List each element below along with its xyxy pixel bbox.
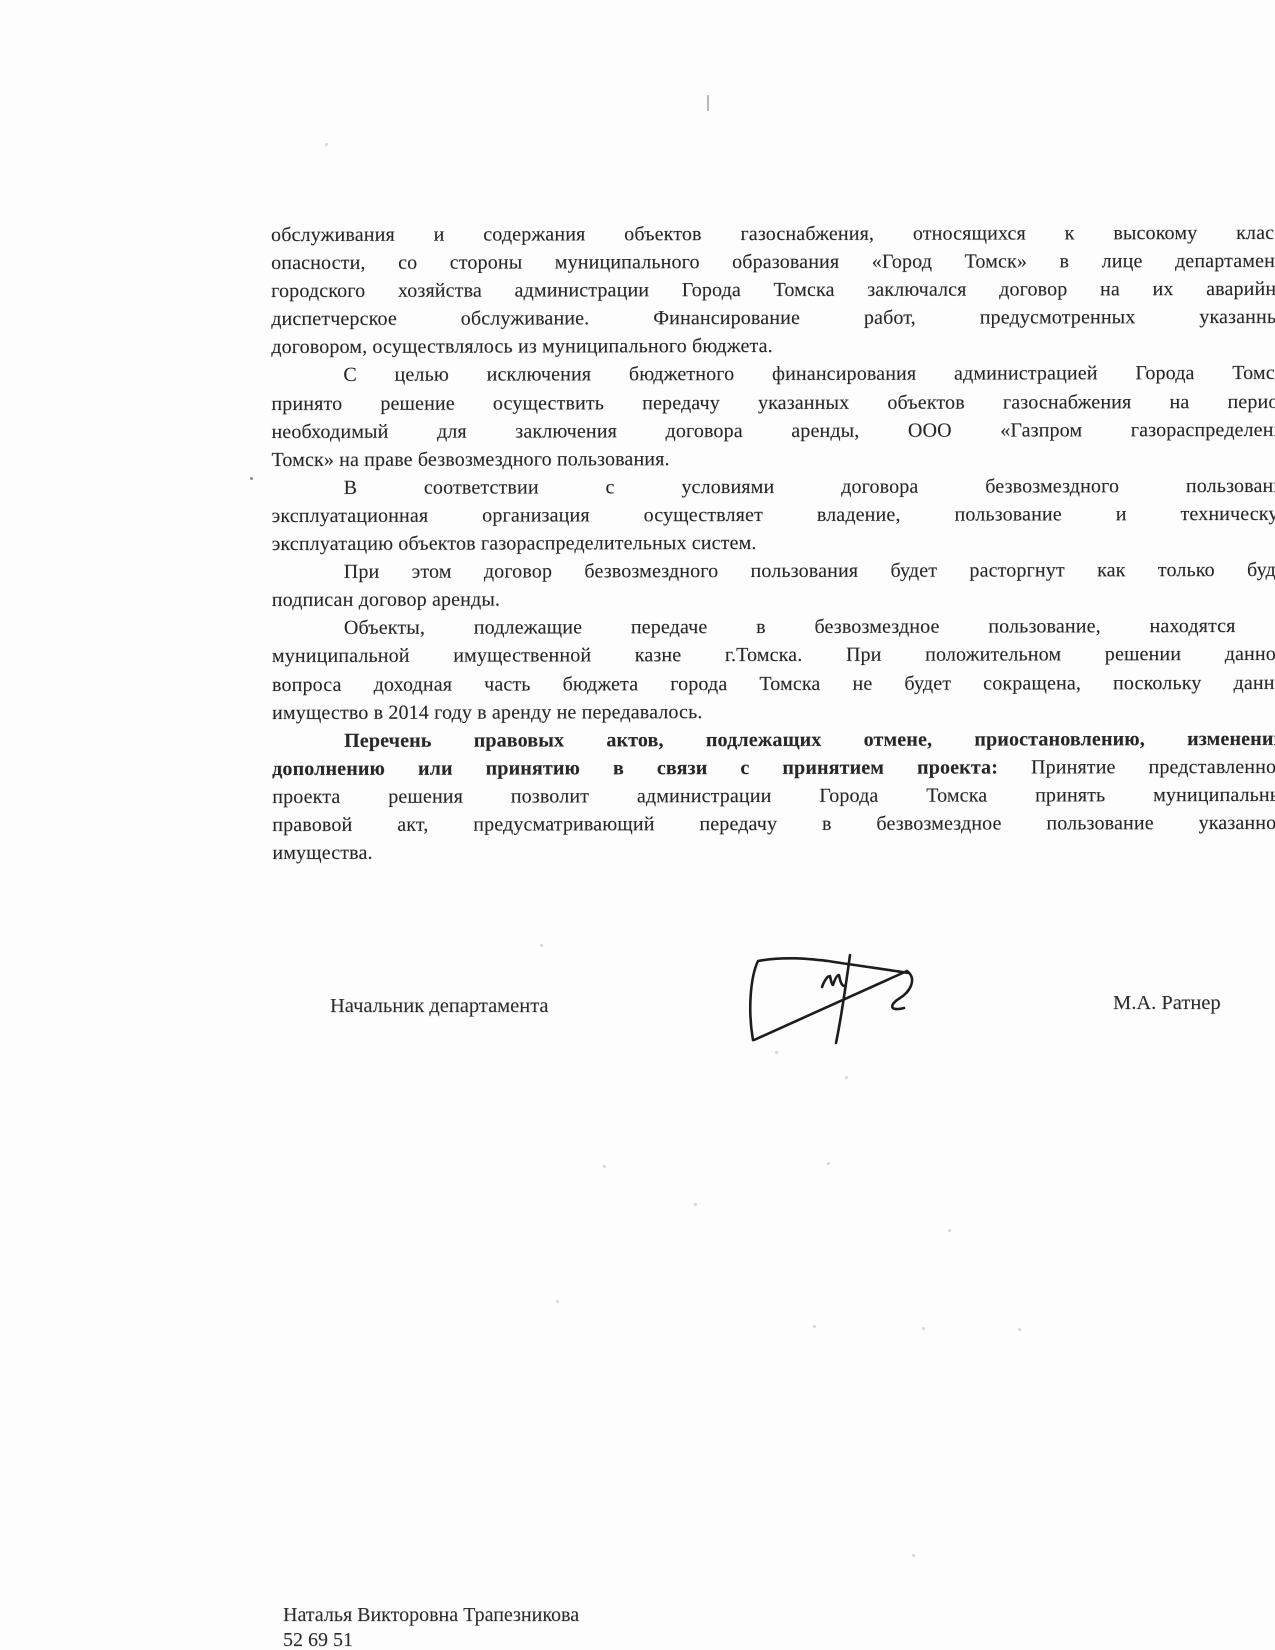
text-line: договором, осуществлялось из муниципальн…	[271, 331, 1275, 361]
scan-artifact-dot	[250, 477, 253, 480]
text-line: вопроса доходная часть бюджета города То…	[272, 668, 1275, 698]
scan-speck	[1018, 1328, 1021, 1331]
footer-contact: Наталья Викторовна Трапезникова 52 69 51	[283, 1603, 579, 1650]
text-line: С целью исключения бюджетного финансиров…	[271, 359, 1275, 389]
text-segment: эксплуатационная организация осуществляе…	[272, 503, 1275, 527]
text-segment: Томск» на праве безвозмездного пользован…	[271, 448, 669, 471]
text-line: правовой акт, предусматривающий передачу…	[272, 809, 1275, 839]
text-line: Перечень правовых актов, подлежащих отме…	[272, 725, 1275, 755]
text-segment: Объекты, подлежащие передаче в безвозмез…	[344, 615, 1275, 639]
text-line: муниципальной имущественной казне г.Томс…	[272, 640, 1275, 670]
text-line: подписан договор аренды.	[272, 584, 1275, 614]
bold-text-segment: дополнению или принятию в связи с принят…	[272, 756, 998, 780]
text-segment: С целью исключения бюджетного финансиров…	[343, 362, 1275, 386]
text-segment: диспетчерское обслуживание. Финансирован…	[271, 306, 1275, 330]
handwritten-signature	[738, 948, 928, 1053]
scan-speck	[922, 1327, 925, 1330]
text-line: диспетчерское обслуживание. Финансирован…	[271, 303, 1275, 333]
scan-speck	[556, 1300, 559, 1303]
bold-text-segment: Перечень правовых актов, подлежащих отме…	[344, 728, 1275, 752]
scan-speck	[845, 1076, 848, 1079]
text-line: Томск» на праве безвозмездного пользован…	[271, 444, 1275, 474]
signatory-name: М.А. Ратнер	[1113, 992, 1221, 1015]
text-line: обслуживания и содержания объектов газос…	[271, 219, 1275, 249]
text-line: Объекты, подлежащие передаче в безвозмез…	[272, 612, 1275, 642]
scan-speck	[325, 143, 328, 146]
signatory-position-label: Начальник департамента	[330, 995, 549, 1018]
text-segment: проекта решения позволит администрации Г…	[272, 784, 1275, 808]
text-line: эксплуатационная организация осуществляе…	[272, 500, 1275, 530]
text-segment: вопроса доходная часть бюджета города То…	[272, 671, 1275, 695]
text-line: При этом договор безвозмездного пользова…	[272, 556, 1275, 586]
text-line: принято решение осуществить передачу ука…	[271, 387, 1275, 417]
text-line: имущество в 2014 году в аренду не переда…	[272, 696, 1275, 726]
text-segment: опасности, со стороны муниципального обр…	[271, 250, 1275, 274]
text-segment: В соответствии с условиями договора безв…	[344, 475, 1275, 499]
scan-artifact-tick	[707, 95, 709, 111]
text-segment: муниципальной имущественной казне г.Томс…	[272, 643, 1275, 667]
scan-speck	[813, 1325, 816, 1328]
scan-speck	[827, 1162, 830, 1165]
text-segment: имущества.	[272, 842, 372, 864]
text-line: В соответствии с условиями договора безв…	[272, 472, 1275, 502]
text-segment: эксплуатацию объектов газораспределитель…	[272, 532, 757, 555]
text-line: необходимый для заключения договора арен…	[271, 416, 1275, 446]
contact-phone: 52 69 51	[283, 1628, 579, 1650]
text-line: городского хозяйства администрации Город…	[271, 275, 1275, 305]
text-line: эксплуатацию объектов газораспределитель…	[272, 528, 1275, 558]
document-body: обслуживания и содержания объектов газос…	[271, 219, 1275, 867]
scan-speck	[603, 1165, 606, 1168]
text-segment: необходимый для заключения договора арен…	[271, 419, 1275, 443]
scan-speck	[912, 1554, 915, 1557]
text-segment: городского хозяйства администрации Город…	[271, 278, 1275, 302]
text-segment: Принятие представленного	[998, 756, 1275, 779]
scan-speck	[540, 944, 543, 947]
text-segment: имущество в 2014 году в аренду не переда…	[272, 701, 703, 724]
scan-speck	[948, 1229, 951, 1232]
text-line: опасности, со стороны муниципального обр…	[271, 247, 1275, 277]
text-segment: подписан договор аренды.	[272, 589, 500, 611]
text-line: проекта решения позволит администрации Г…	[272, 781, 1275, 811]
scanned-document-page: обслуживания и содержания объектов газос…	[0, 0, 1275, 1650]
text-line: дополнению или принятию в связи с принят…	[272, 753, 1275, 783]
text-segment: При этом договор безвозмездного пользова…	[344, 559, 1275, 583]
text-line: имущества.	[272, 837, 1275, 867]
text-segment: правовой акт, предусматривающий передачу…	[272, 812, 1275, 836]
text-segment: обслуживания и содержания объектов газос…	[271, 222, 1275, 246]
scan-speck	[694, 1203, 697, 1206]
text-segment: договором, осуществлялось из муниципальн…	[271, 335, 773, 358]
text-segment: принято решение осуществить передачу ука…	[271, 390, 1275, 414]
contact-name: Наталья Викторовна Трапезникова	[283, 1603, 579, 1628]
scan-speck	[775, 1051, 778, 1054]
